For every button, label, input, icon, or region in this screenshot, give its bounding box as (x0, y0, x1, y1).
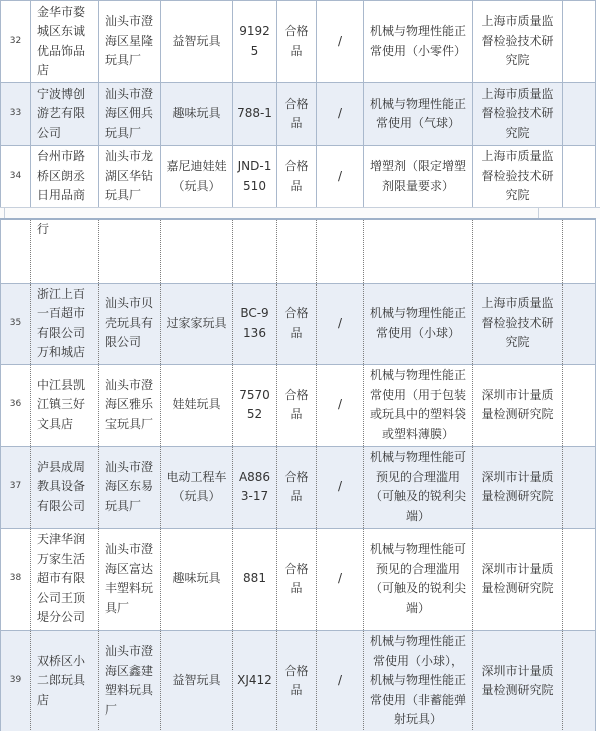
row-number: 32 (1, 1, 31, 83)
model-cell: XJ412 (233, 630, 277, 731)
product-cell: 趣味玩具 (161, 83, 233, 146)
table-row: 35 浙江上百一百超市有限公司万和城店 汕头市贝壳玩具有限公司 过家家玩具 BC… (1, 283, 596, 364)
lab-cell: 深圳市计量质量检测研究院 (473, 630, 563, 731)
manufacturer-cell: 汕头市贝壳玩具有限公司 (99, 283, 161, 364)
remark-cell (563, 83, 596, 146)
remark-cell (563, 446, 596, 528)
result-cell (277, 219, 317, 283)
lab-cell: 上海市质量监督检验技术研究院 (473, 283, 563, 364)
nonconforming-cell: / (317, 83, 364, 146)
test-item-cell (364, 219, 473, 283)
model-cell: A8863-17 (233, 446, 277, 528)
manufacturer-cell (99, 219, 161, 283)
manufacturer-cell: 汕头市澄海区富达丰塑料玩具厂 (99, 528, 161, 630)
seller-cell: 浙江上百一百超市有限公司万和城店 (31, 283, 99, 364)
test-item-cell: 增塑剂（限定增塑剂限量要求） (364, 146, 473, 208)
test-item-cell: 机械与物理性能正常使用（小零件） (364, 1, 473, 83)
row-number: 34 (1, 146, 31, 208)
inspection-table-top: 32 金华市婺城区东诚优品饰品店 汕头市澄海区星隆玩具厂 益智玩具 91925 … (0, 0, 596, 208)
result-cell: 合格品 (277, 283, 317, 364)
nonconforming-cell: / (317, 528, 364, 630)
model-cell: 881 (233, 528, 277, 630)
remark-cell (563, 630, 596, 731)
table-row-continuation: 行 (1, 219, 596, 283)
remark-cell (563, 528, 596, 630)
row-number: 38 (1, 528, 31, 630)
page-break-marker (538, 207, 539, 218)
result-cell: 合格品 (277, 146, 317, 208)
product-cell: 嘉尼迪娃娃（玩具） (161, 146, 233, 208)
remark-cell (563, 219, 596, 283)
model-cell: 91925 (233, 1, 277, 83)
remark-cell (563, 283, 596, 364)
product-cell: 过家家玩具 (161, 283, 233, 364)
seller-cell: 双桥区小二郎玩具店 (31, 630, 99, 731)
table-row: 37 泸县成周教具设备有限公司 汕头市澄海区东易玩具厂 电动工程车（玩具） A8… (1, 446, 596, 528)
row-number (1, 219, 31, 283)
model-cell: JND-1510 (233, 146, 277, 208)
result-cell: 合格品 (277, 83, 317, 146)
table-row: 33 宁波博创游艺有限公司 汕头市澄海区佣兵玩具厂 趣味玩具 788-1 合格品… (1, 83, 596, 146)
seller-cell: 泸县成周教具设备有限公司 (31, 446, 99, 528)
seller-cell: 天津华润万家生活超市有限公司王顶堤分公司 (31, 528, 99, 630)
test-item-cell: 机械与物理性能正常使用（气球） (364, 83, 473, 146)
nonconforming-cell: / (317, 1, 364, 83)
remark-cell (563, 1, 596, 83)
row-number: 39 (1, 630, 31, 731)
test-item-cell: 机械与物理性能可预见的合理滥用（可触及的锐利尖端） (364, 528, 473, 630)
table-row: 38 天津华润万家生活超市有限公司王顶堤分公司 汕头市澄海区富达丰塑料玩具厂 趣… (1, 528, 596, 630)
product-cell: 趣味玩具 (161, 528, 233, 630)
result-cell: 合格品 (277, 1, 317, 83)
result-cell: 合格品 (277, 630, 317, 731)
row-number: 37 (1, 446, 31, 528)
seller-cell: 宁波博创游艺有限公司 (31, 83, 99, 146)
lab-cell: 上海市质量监督检验技术研究院 (473, 83, 563, 146)
table-row: 36 中江县凯江镇三好文具店 汕头市澄海区雅乐宝玩具厂 娃娃玩具 757052 … (1, 364, 596, 446)
product-cell: 娃娃玩具 (161, 364, 233, 446)
manufacturer-cell: 汕头市澄海区东易玩具厂 (99, 446, 161, 528)
manufacturer-cell: 汕头市龙湖区华钻玩具厂 (99, 146, 161, 208)
seller-cell: 行 (31, 219, 99, 283)
lab-cell: 上海市质量监督检验技术研究院 (473, 1, 563, 83)
product-cell (161, 219, 233, 283)
table-row: 32 金华市婺城区东诚优品饰品店 汕头市澄海区星隆玩具厂 益智玩具 91925 … (1, 1, 596, 83)
manufacturer-cell: 汕头市澄海区星隆玩具厂 (99, 1, 161, 83)
product-cell: 益智玩具 (161, 630, 233, 731)
seller-cell: 中江县凯江镇三好文具店 (31, 364, 99, 446)
result-cell: 合格品 (277, 364, 317, 446)
seller-cell: 台州市路桥区朗丞日用品商 (31, 146, 99, 208)
test-item-cell: 机械与物理性能可预见的合理滥用（可触及的锐利尖端） (364, 446, 473, 528)
model-cell: 788-1 (233, 83, 277, 146)
product-cell: 益智玩具 (161, 1, 233, 83)
row-number: 33 (1, 83, 31, 146)
manufacturer-cell: 汕头市澄海区鑫建塑料玩具厂 (99, 630, 161, 731)
result-cell: 合格品 (277, 446, 317, 528)
lab-cell: 深圳市计量质量检测研究院 (473, 528, 563, 630)
remark-cell (563, 146, 596, 208)
nonconforming-cell: / (317, 630, 364, 731)
lab-cell: 上海市质量监督检验技术研究院 (473, 146, 563, 208)
page-break-edge (0, 208, 5, 218)
model-cell: 757052 (233, 364, 277, 446)
test-item-cell: 机械与物理性能正常使用（小球） (364, 283, 473, 364)
result-cell: 合格品 (277, 528, 317, 630)
manufacturer-cell: 汕头市澄海区佣兵玩具厂 (99, 83, 161, 146)
test-item-cell: 机械与物理性能正常使用（小球），机械与物理性能正常使用（非蓄能弹射玩具） (364, 630, 473, 731)
test-item-cell: 机械与物理性能正常使用（用于包装或玩具中的塑料袋或塑料薄膜） (364, 364, 473, 446)
nonconforming-cell: / (317, 283, 364, 364)
table-row: 34 台州市路桥区朗丞日用品商 汕头市龙湖区华钻玩具厂 嘉尼迪娃娃（玩具） JN… (1, 146, 596, 208)
table-row: 39 双桥区小二郎玩具店 汕头市澄海区鑫建塑料玩具厂 益智玩具 XJ412 合格… (1, 630, 596, 731)
manufacturer-cell: 汕头市澄海区雅乐宝玩具厂 (99, 364, 161, 446)
nonconforming-cell (317, 219, 364, 283)
lab-cell: 深圳市计量质量检测研究院 (473, 364, 563, 446)
inspection-table-bottom: 行 35 浙江上百一百超市有限公司万和城店 汕头市贝壳玩具有限公司 过家家玩具 … (0, 218, 596, 731)
model-cell: BC-9136 (233, 283, 277, 364)
remark-cell (563, 364, 596, 446)
nonconforming-cell: / (317, 364, 364, 446)
model-cell (233, 219, 277, 283)
nonconforming-cell: / (317, 446, 364, 528)
product-cell: 电动工程车（玩具） (161, 446, 233, 528)
lab-cell (473, 219, 563, 283)
lab-cell: 深圳市计量质量检测研究院 (473, 446, 563, 528)
seller-cell: 金华市婺城区东诚优品饰品店 (31, 1, 99, 83)
nonconforming-cell: / (317, 146, 364, 208)
row-number: 36 (1, 364, 31, 446)
row-number: 35 (1, 283, 31, 364)
